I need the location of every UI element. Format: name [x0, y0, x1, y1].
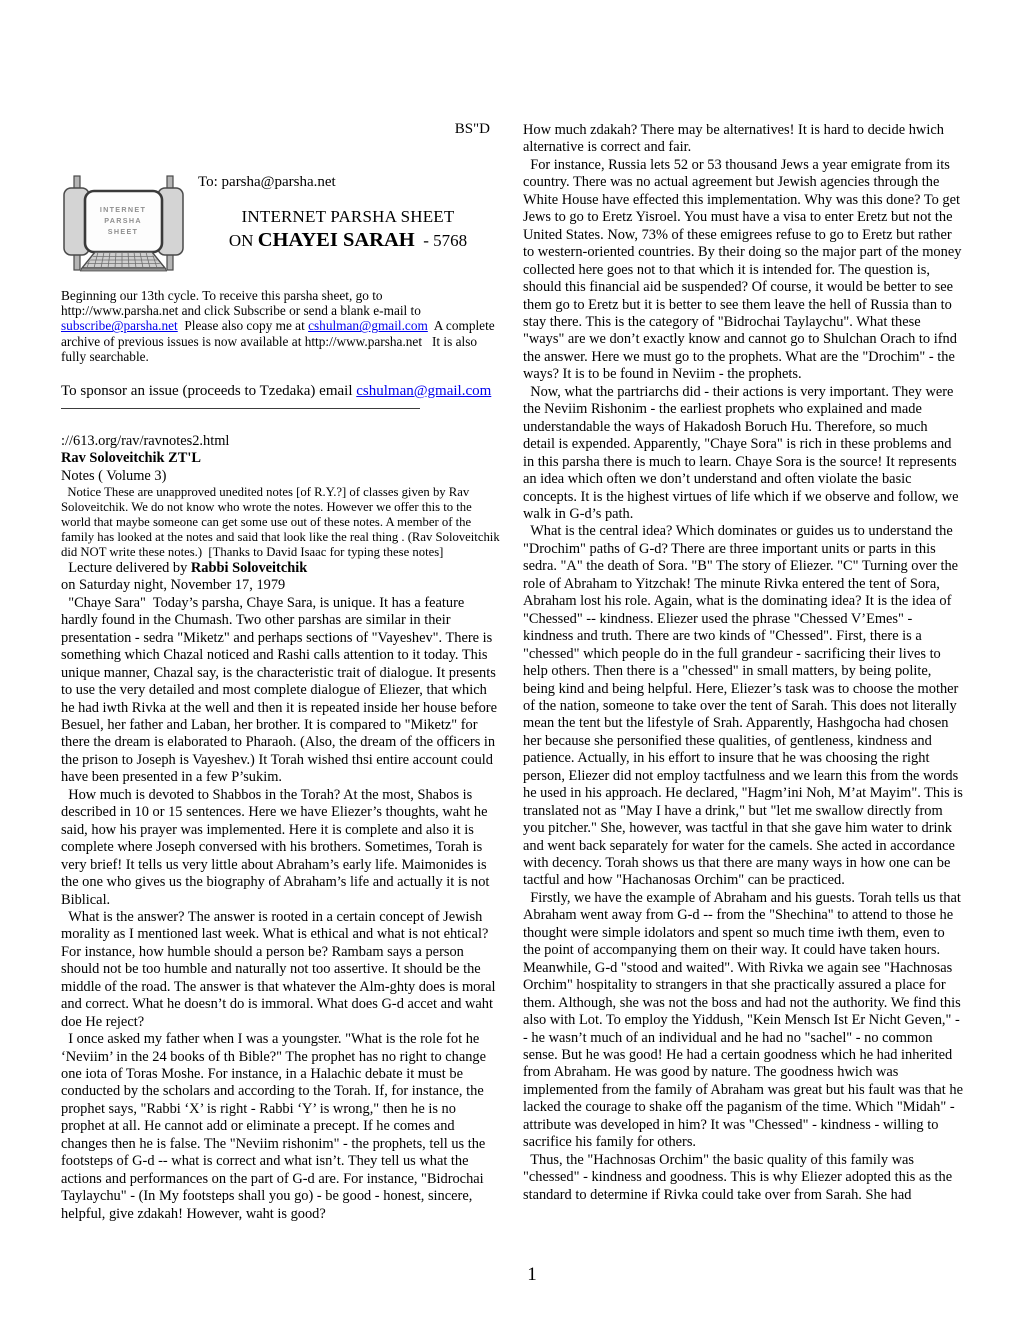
lecture-date: on Saturday night, November 17, 1979: [61, 577, 501, 594]
subscribe-email-link[interactable]: subscribe@parsha.net: [61, 318, 178, 333]
body-paragraph: Now, what the partriarchs did - their ac…: [523, 384, 963, 524]
page-number: 1: [520, 1264, 544, 1286]
volume-line: Notes ( Volume 3): [61, 468, 501, 485]
body-paragraph: I once asked my father when I was a youn…: [61, 1031, 501, 1223]
logo-text-line2: PARSHA: [104, 216, 142, 225]
body-paragraph: "Chaye Sara" Today’s parsha, Chaye Sara,…: [61, 595, 501, 787]
parsha-name: CHAYEI SARAH: [258, 229, 415, 251]
sponsor-line: To sponsor an issue (proceeds to Tzedaka…: [61, 383, 501, 400]
article-left: ://613.org/rav/ravnotes2.html Rav Solove…: [61, 433, 501, 1223]
lecturer-name: Rabbi Soloveitchik: [191, 560, 307, 576]
right-column: How much zdakah? There may be alternativ…: [523, 115, 963, 1204]
keyboard-icon: [80, 252, 167, 271]
subtitle-year: - 5768: [415, 231, 467, 250]
intro-text-1: Beginning our 13th cycle. To receive thi…: [61, 288, 424, 318]
subtitle-on: ON: [229, 231, 258, 250]
notice-paragraph: Notice These are unapproved unedited not…: [61, 485, 501, 560]
subscription-info-paragraph: Beginning our 13th cycle. To receive thi…: [61, 288, 501, 364]
lecture-line: Lecture delivered by Rabbi Soloveitchik: [61, 560, 501, 577]
page-subtitle: ON CHAYEI SARAH - 5768: [192, 228, 504, 253]
sponsor-email-link[interactable]: cshulman@gmail.com: [356, 383, 491, 399]
intro-text-2: Please also copy me at: [178, 318, 308, 333]
sponsor-text: To sponsor an issue (proceeds to Tzedaka…: [61, 383, 356, 399]
to-address-line: To: parsha@parsha.net: [198, 174, 336, 191]
lecture-prefix: Lecture delivered by: [61, 560, 191, 576]
document-page: BS"D: [0, 0, 1020, 1320]
logo-text-line3: SHEET: [108, 227, 138, 236]
logo-text-line1: INTERNET: [100, 205, 146, 214]
body-paragraph: For instance, Russia lets 52 or 53 thous…: [523, 157, 963, 384]
parsha-sheet-logo: INTERNET PARSHA SHEET: [62, 175, 185, 272]
body-paragraph: How much zdakah? There may be alternativ…: [523, 122, 963, 157]
divider-rule: [61, 408, 420, 409]
body-paragraph: Firstly, we have the example of Abraham …: [523, 890, 963, 1152]
torah-scroll-icon: INTERNET PARSHA SHEET: [62, 175, 185, 272]
body-paragraph: What is the central idea? Which dominate…: [523, 523, 963, 890]
body-paragraph: How much is devoted to Shabbos in the To…: [61, 787, 501, 909]
author-heading: Rav Soloveitchik ZT'L: [61, 450, 501, 467]
body-paragraph: What is the answer? The answer is rooted…: [61, 909, 501, 1031]
left-column: BS"D: [61, 115, 501, 433]
document-header: BS"D: [61, 115, 501, 433]
bsd-header: BS"D: [455, 121, 490, 138]
page-title: INTERNET PARSHA SHEET: [192, 206, 504, 228]
body-paragraph: Thus, the "Hachnosas Orchim" the basic q…: [523, 1152, 963, 1204]
copy-email-link[interactable]: cshulman@gmail.com: [308, 318, 428, 333]
title-block: INTERNET PARSHA SHEET ON CHAYEI SARAH - …: [192, 206, 504, 253]
source-url: ://613.org/rav/ravnotes2.html: [61, 433, 501, 450]
